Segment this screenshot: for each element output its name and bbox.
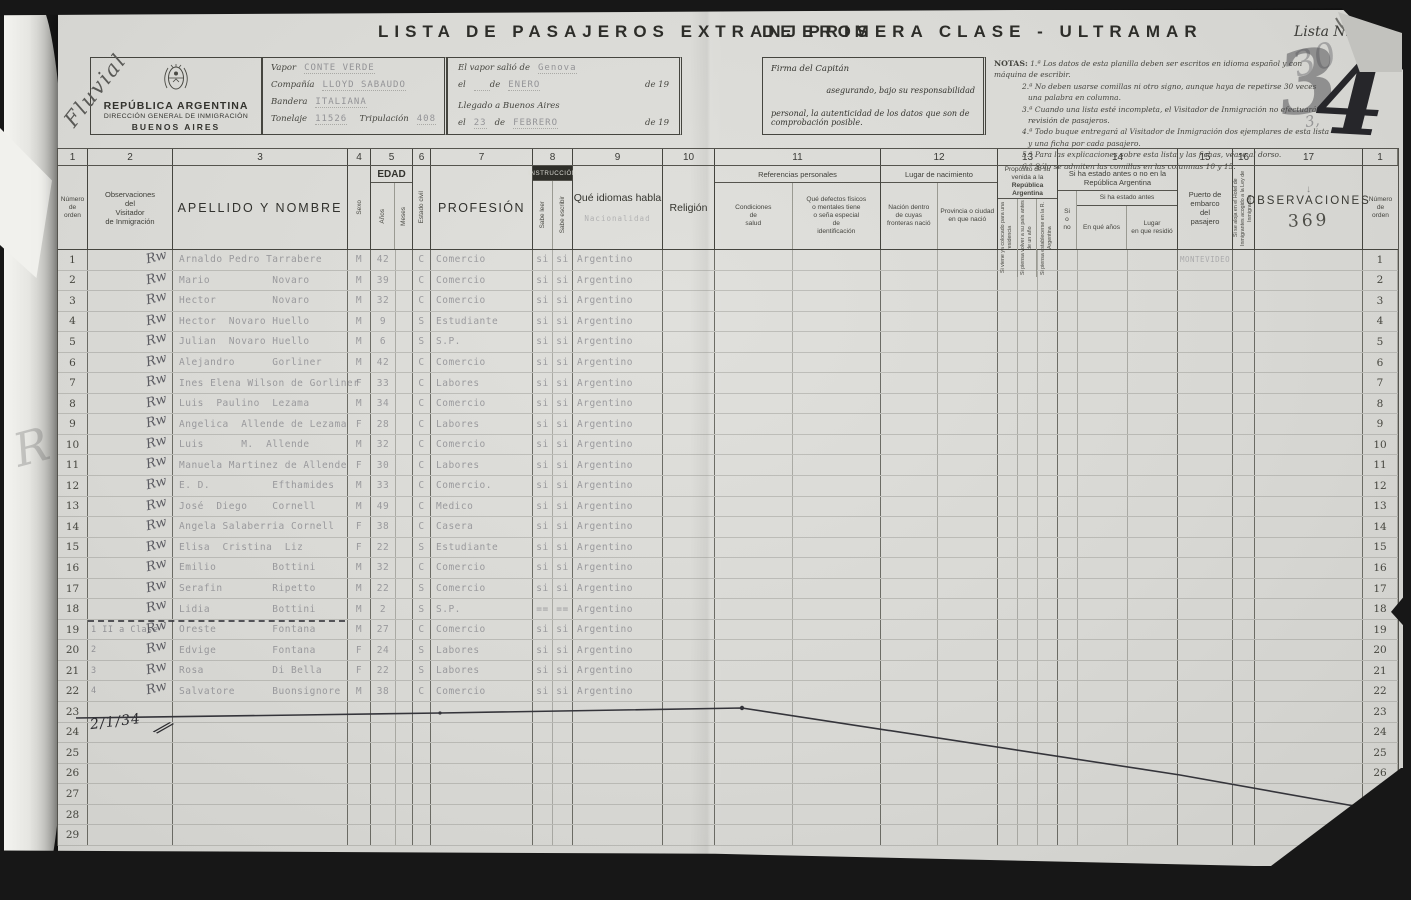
- colnum-6: 6: [413, 149, 431, 165]
- cell-ec: S: [418, 542, 424, 553]
- cell-a: 9: [380, 316, 386, 327]
- nota-3: 3.ª Cuando una lista esté incompleta, el…: [994, 104, 1330, 127]
- table-row: 5RwJulian Novaro HuelloM6SS.P.sisiArgent…: [58, 332, 1398, 353]
- colnum-4: 4: [348, 149, 371, 165]
- cell-rn: 20: [1373, 644, 1386, 656]
- cell-ec: S: [418, 336, 424, 347]
- header-numero: Número de orden: [58, 166, 87, 249]
- cell-a: 34: [377, 398, 389, 409]
- cell-rn: 3: [1377, 295, 1384, 307]
- cell-prof: Medico: [436, 501, 473, 512]
- cell-idi: Argentino: [577, 254, 633, 265]
- cell-prof: Comercio: [436, 686, 486, 697]
- table-row: 224RwSalvatore BuonsignoreM38CComerciosi…: [58, 681, 1398, 702]
- compania-label: Compañía: [271, 80, 314, 90]
- cell-n: 9: [69, 418, 76, 430]
- colnum-14: 14: [1058, 149, 1178, 165]
- captain-signature-box: Firma del Capitán asegurando, bajo su re…: [762, 57, 986, 135]
- visitador-mark: Rw: [145, 289, 169, 309]
- cell-rn: 18: [1373, 603, 1386, 615]
- table-row: 14RwAngela Salaberria CornellF38CCaseras…: [58, 517, 1398, 538]
- cell-prof: Labores: [436, 460, 480, 471]
- header-estado-antes: Si ha estado antes o no en la República …: [1058, 166, 1177, 191]
- colnum-11: 11: [715, 149, 881, 165]
- table-row: 17RwSerafin RipettoM22SComerciosisiArgen…: [58, 579, 1398, 600]
- cell-ec: S: [418, 665, 424, 676]
- cell-n: 23: [66, 706, 79, 718]
- cell-rn: 11: [1373, 459, 1386, 471]
- cell-idi: Argentino: [577, 336, 633, 347]
- scanned-passenger-list-photo: LISTA DE PASAJEROS EXTRANJEROS DE PRIMER…: [0, 0, 1411, 900]
- cell-n: 14: [66, 521, 79, 533]
- cell-idi: Argentino: [577, 295, 633, 306]
- cell-n: 20: [66, 644, 79, 656]
- cell-sx: M: [356, 624, 362, 635]
- header-anos: Años: [379, 209, 386, 224]
- colnum-2: 2: [88, 149, 173, 165]
- cell-n: 3: [69, 295, 76, 307]
- cell-prof: Comercio: [436, 275, 486, 286]
- de-label: de: [490, 80, 500, 90]
- anno-label-1: de 19: [645, 80, 669, 90]
- cell-name: Mario Novaro: [179, 275, 310, 286]
- nota-4: 4.ª Todo buque entregará al Visitador de…: [994, 126, 1330, 149]
- header-edad: EDAD: [371, 166, 412, 183]
- cell-idi: Argentino: [577, 419, 633, 430]
- cell-idi: Argentino: [577, 480, 633, 491]
- cell-sx: F: [356, 542, 362, 553]
- cell-n: 25: [66, 747, 79, 759]
- cell-sx: M: [356, 480, 362, 491]
- cell-a: 22: [377, 542, 389, 553]
- cell-rn: 2: [1377, 274, 1384, 286]
- cell-ec: C: [418, 295, 424, 306]
- cell-a: 28: [377, 419, 389, 430]
- cell-lee: si: [536, 624, 548, 635]
- cell-obs: 2: [91, 645, 97, 655]
- cell-esc: si: [556, 398, 568, 409]
- header-lugar-residio: Lugar en que residió: [1127, 206, 1177, 249]
- cell-idi: Argentino: [577, 521, 633, 532]
- header-apellido: APELLIDO Y NOMBRE: [173, 166, 347, 249]
- table-row: 191 II a ClaseRwOreste FontanaM27CComerc…: [58, 620, 1398, 641]
- cell-rn: 21: [1373, 665, 1386, 677]
- visitador-mark: Rw: [145, 515, 169, 535]
- header-observaciones-visitador: Observaciones del Visitador de Inmigraci…: [88, 166, 172, 249]
- colnum-10: 10: [663, 149, 715, 165]
- table-row: 202RwEdvige FontanaF24SLaboressisiArgent…: [58, 640, 1398, 661]
- cell-esc: si: [556, 645, 568, 656]
- colnum-12: 12: [881, 149, 998, 165]
- cell-a: 39: [377, 275, 389, 286]
- cell-ec: C: [418, 378, 424, 389]
- cell-pto: MONTEVIDEO: [1180, 255, 1230, 264]
- table-row: 29: [58, 825, 1398, 846]
- cell-ec: C: [418, 480, 424, 491]
- cell-n: 26: [66, 767, 79, 779]
- visitador-mark: Rw: [145, 412, 169, 432]
- cell-sx: M: [356, 439, 362, 450]
- salida-mes: ENERO: [508, 80, 540, 91]
- bandera-label: Bandera: [271, 97, 307, 107]
- cell-name: Hector Novaro: [179, 295, 310, 306]
- cell-prof: Comercio: [436, 439, 486, 450]
- cell-n: 13: [66, 500, 79, 512]
- firma-label: Firma del Capitán: [771, 64, 975, 74]
- visitador-mark: Rw: [145, 494, 169, 514]
- cell-sx: M: [356, 357, 362, 368]
- captain-line3: personal, la autenticidad de los datos q…: [771, 109, 975, 127]
- header-lugar-nacimiento: Lugar de nacimiento: [881, 166, 997, 183]
- cell-ec: C: [418, 439, 424, 450]
- cell-esc: si: [556, 624, 568, 635]
- cell-a: 27: [377, 624, 389, 635]
- cell-ec: S: [418, 645, 424, 656]
- cell-name: Salvatore Buonsignore: [179, 686, 341, 697]
- stamp-369: 369: [1287, 210, 1329, 231]
- cell-n: 5: [69, 336, 76, 348]
- tripulacion-label: Tripulación: [360, 114, 409, 124]
- cell-sx: F: [356, 460, 362, 471]
- cell-n: 7: [69, 377, 76, 389]
- cell-ec: C: [418, 254, 424, 265]
- cell-ec: S: [418, 583, 424, 594]
- cell-ec: C: [418, 275, 424, 286]
- visitador-mark: Rw: [145, 330, 169, 350]
- cell-lee: si: [536, 645, 548, 656]
- backdrop-right: [1403, 0, 1411, 900]
- cell-rn: 23: [1373, 706, 1386, 718]
- cell-rn: 19: [1373, 624, 1386, 636]
- cell-name: Arnaldo Pedro Tarrabere: [179, 254, 322, 265]
- llegada-label: Llegado a Buenos Aires: [458, 101, 560, 111]
- cell-ec: C: [418, 419, 424, 430]
- table-row: 6RwAlejandro GorlinerM42CComerciosisiArg…: [58, 353, 1398, 374]
- cell-rn: 17: [1373, 583, 1386, 595]
- cell-sx: M: [356, 254, 362, 265]
- cell-name: Ines Elena Wilson de Gorliner: [179, 378, 359, 389]
- visitador-mark: Rw: [145, 248, 169, 268]
- cell-name: Hector Novaro Huello: [179, 316, 310, 327]
- table-row: 9RwAngelica Allende de LezamaF28CLabores…: [58, 414, 1398, 435]
- cell-prof: Labores: [436, 665, 480, 676]
- visitador-mark: Rw: [145, 535, 169, 555]
- cell-esc: si: [556, 542, 568, 553]
- cell-esc: si: [556, 460, 568, 471]
- table-row: 18RwLidia BottiniM2SS.P.====Argentino18: [58, 599, 1398, 620]
- visitador-mark: Rw: [145, 576, 169, 596]
- cell-n: 4: [69, 315, 76, 327]
- cell-ec: C: [418, 624, 424, 635]
- header-col16: Si se aloja en el Hotel de Inmigrantes a…: [1233, 170, 1254, 246]
- cell-lee: si: [536, 501, 548, 512]
- cell-prof: Casera: [436, 521, 473, 532]
- cell-name: Angelica Allende de Lezama: [179, 419, 347, 430]
- table-row: 27: [58, 784, 1398, 805]
- cell-lee: si: [536, 480, 548, 491]
- cell-prof: Comercio: [436, 254, 486, 265]
- cell-lee: si: [536, 665, 548, 676]
- cell-lee: si: [536, 562, 548, 573]
- visitador-mark: Rw: [145, 659, 169, 679]
- cell-idi: Argentino: [577, 439, 633, 450]
- cell-esc: si: [556, 419, 568, 430]
- cell-idi: Argentino: [577, 357, 633, 368]
- captain-line2: asegurando, bajo su responsabilidad: [771, 86, 975, 95]
- cell-a: 32: [377, 295, 389, 306]
- visitador-mark: Rw: [145, 433, 169, 453]
- header-sabe-escribir: Sabe escribir: [559, 196, 566, 233]
- cell-sx: F: [356, 521, 362, 532]
- cell-lee: si: [536, 254, 548, 265]
- el-label: el: [458, 80, 466, 90]
- cell-name: José Diego Cornell: [179, 501, 316, 512]
- table-row: 213RwRosa Di BellaF22SLaboressisiArgenti…: [58, 661, 1398, 682]
- cell-n: 17: [66, 583, 79, 595]
- cell-a: 30: [377, 460, 389, 471]
- table-row: 7RwInes Elena Wilson de GorlinerF33CLabo…: [58, 373, 1398, 394]
- header-proposito-3: República Argentina: [998, 182, 1057, 198]
- cell-lee: si: [536, 686, 548, 697]
- cell-obs: 3: [91, 666, 97, 676]
- cell-ec: S: [418, 604, 424, 615]
- cell-idi: Argentino: [577, 460, 633, 471]
- header-meses: Meses: [400, 207, 407, 226]
- cell-lee: si: [536, 378, 548, 389]
- header-en-que-anos: En qué años: [1077, 206, 1127, 249]
- cell-lee: si: [536, 583, 548, 594]
- cell-n: 27: [66, 788, 79, 800]
- cell-prof: Labores: [436, 645, 480, 656]
- cell-esc: si: [556, 316, 568, 327]
- cell-rn: 12: [1373, 480, 1386, 492]
- cell-lee: ==: [536, 604, 548, 615]
- cell-sx: F: [356, 419, 362, 430]
- cell-a: 2: [380, 604, 386, 615]
- cell-prof: S.P.: [436, 604, 461, 615]
- tripulacion-value: 408: [417, 114, 436, 125]
- cell-idi: Argentino: [577, 398, 633, 409]
- cell-prof: Comercio: [436, 562, 486, 573]
- dashed-separator-line: [88, 620, 345, 622]
- header-provincia: Provincia o ciudad en que nació: [938, 183, 997, 249]
- table-body: 1RwArnaldo Pedro TarrabereM42CComerciosi…: [58, 250, 1398, 846]
- cell-sx: M: [356, 604, 362, 615]
- cell-sx: M: [356, 583, 362, 594]
- header-profesion: PROFESIÓN: [431, 166, 532, 249]
- cell-sx: M: [356, 562, 362, 573]
- cell-a: 22: [377, 583, 389, 594]
- table-row: 10RwLuis M. AllendeM32CComerciosisiArgen…: [58, 435, 1398, 456]
- salida-puerto: Genova: [538, 63, 577, 74]
- header-proposito-1: Propósito de su: [1005, 166, 1051, 174]
- cell-n: 1: [69, 254, 76, 266]
- cell-rn: 14: [1373, 521, 1386, 533]
- table-row: 13RwJosé Diego CornellM49CMedicosisiArge…: [58, 497, 1398, 518]
- llegada-mes: FEBRERO: [513, 118, 558, 129]
- cell-esc: si: [556, 378, 568, 389]
- cell-name: Luis M. Allende: [179, 439, 310, 450]
- cell-prof: Labores: [436, 378, 480, 389]
- colnum-3: 3: [173, 149, 348, 165]
- cell-n: 15: [66, 541, 79, 553]
- cell-ec: C: [418, 460, 424, 471]
- cell-sx: F: [356, 665, 362, 676]
- cell-a: 33: [377, 480, 389, 491]
- cell-a: 32: [377, 562, 389, 573]
- llegada-dia: 23: [474, 118, 487, 129]
- el-label-2: el: [458, 118, 466, 128]
- cell-idi: Argentino: [577, 378, 633, 389]
- cell-rn: 15: [1373, 541, 1386, 553]
- cell-name: Emilio Bottini: [179, 562, 316, 573]
- header-religion: Religión: [663, 166, 714, 249]
- cell-prof: Comercio: [436, 398, 486, 409]
- visitador-mark: Rw: [145, 371, 169, 391]
- table-row: 11RwManuela Martinez de AllendeF30CLabor…: [58, 455, 1398, 476]
- cell-sx: M: [356, 275, 362, 286]
- cell-prof: S.P.: [436, 336, 461, 347]
- cell-ec: C: [418, 398, 424, 409]
- table-row: 2424: [58, 723, 1398, 744]
- cell-esc: si: [556, 665, 568, 676]
- cell-name: Oreste Fontana: [179, 624, 316, 635]
- cell-esc: ==: [556, 604, 568, 615]
- header-nacion: Nación dentro de cuyas fronteras nació: [881, 183, 938, 249]
- header-si-o-no: Si o no: [1058, 191, 1077, 249]
- cell-a: 38: [377, 686, 389, 697]
- visitador-mark: Rw: [145, 474, 169, 494]
- header-referencias: Referencias personales: [715, 166, 880, 183]
- nota-1: 1.ª Los datos de esta planilla deben ser…: [994, 59, 1302, 79]
- visitador-mark: Rw: [145, 350, 169, 370]
- cell-esc: si: [556, 562, 568, 573]
- document-title-right: DE PRIMERA CLASE - ULTRAMAR: [762, 22, 1203, 42]
- cell-ec: C: [418, 501, 424, 512]
- small-pencil-3: 3,: [1304, 111, 1321, 131]
- header-estado-civil: Estado civil: [418, 191, 425, 223]
- cell-n: 10: [66, 439, 79, 451]
- cell-n: 21: [66, 665, 79, 677]
- agency-city: BUENOS AIRES: [91, 122, 261, 132]
- visitador-mark: Rw: [145, 679, 169, 699]
- header-puerto: Puerto de embarco del pasajero: [1178, 166, 1232, 249]
- cell-esc: si: [556, 439, 568, 450]
- vapor-value: CONTE VERDE: [304, 63, 375, 74]
- cell-sx: F: [356, 378, 362, 389]
- cell-rn: 13: [1373, 500, 1386, 512]
- visitador-mark: Rw: [145, 392, 169, 412]
- cell-prof: Comercio.: [436, 480, 492, 491]
- ship-info-box: Vapor CONTE VERDE Compañía LLOYD SABAUDO…: [262, 57, 447, 135]
- cell-ec: C: [418, 686, 424, 697]
- cell-lee: si: [536, 275, 548, 286]
- cell-ec: C: [418, 357, 424, 368]
- cell-idi: Argentino: [577, 316, 633, 327]
- colnum-13: 13: [998, 149, 1058, 165]
- colnum-15: 15: [1178, 149, 1233, 165]
- cell-rn: 26: [1373, 767, 1386, 779]
- cell-n: 24: [66, 726, 79, 738]
- cell-name: Angela Salaberria Cornell: [179, 521, 335, 532]
- cell-prof: Comercio: [436, 624, 486, 635]
- cell-n: 29: [66, 829, 79, 841]
- anno-label-2: de 19: [645, 118, 669, 128]
- cell-prof: Labores: [436, 419, 480, 430]
- table-row: 12RwE. D. EfthamidesM33CComercio.sisiArg…: [58, 476, 1398, 497]
- header-idiomas: Qué idiomas habla: [574, 192, 662, 204]
- cell-sx: M: [356, 336, 362, 347]
- cell-a: 38: [377, 521, 389, 532]
- cell-idi: Argentino: [577, 665, 633, 676]
- cell-sx: M: [356, 295, 362, 306]
- table-row: 4RwHector Novaro HuelloM9SEstudiantesisi…: [58, 312, 1398, 333]
- colnum-7: 7: [431, 149, 533, 165]
- cell-a: 22: [377, 665, 389, 676]
- cell-rn: 4: [1377, 315, 1384, 327]
- cell-ec: S: [418, 316, 424, 327]
- notas-label: NOTAS:: [994, 59, 1028, 68]
- cell-name: Serafin Ripetto: [179, 583, 316, 594]
- cell-sx: M: [356, 316, 362, 327]
- header-sabe-leer: Sabe leer: [539, 201, 546, 228]
- cell-n: 12: [66, 480, 79, 492]
- table-row: 16RwEmilio BottiniM32CComerciosisiArgent…: [58, 558, 1398, 579]
- table-row: 28: [58, 805, 1398, 826]
- cell-sx: M: [356, 686, 362, 697]
- visitador-mark: Rw: [145, 638, 169, 658]
- cell-a: 24: [377, 645, 389, 656]
- cell-a: 49: [377, 501, 389, 512]
- cell-esc: si: [556, 521, 568, 532]
- header-instruccion: INSTRUCCIÓN: [533, 166, 572, 181]
- table-row: 3RwHector NovaroM32CComerciosisiArgentin…: [58, 291, 1398, 312]
- cell-name: Elisa Cristina Liz: [179, 542, 303, 553]
- cell-rn: 16: [1373, 562, 1386, 574]
- tonelaje-value: 11526: [315, 114, 347, 125]
- cell-name: Rosa Di Bella: [179, 665, 322, 676]
- de-label-2: de: [495, 118, 505, 128]
- cell-n: 6: [69, 357, 76, 369]
- voyage-info-box: El vapor salió de Genova el de ENERO de …: [447, 57, 682, 135]
- cell-n: 11: [66, 459, 79, 471]
- cell-rn: 25: [1373, 747, 1386, 759]
- header-observaciones: OBSERVACIONES: [1246, 195, 1371, 207]
- cell-lee: si: [536, 521, 548, 532]
- cell-lee: si: [536, 419, 548, 430]
- visitador-mark: Rw: [145, 453, 169, 473]
- cell-rn: 24: [1373, 726, 1386, 738]
- table-row: 2323: [58, 702, 1398, 723]
- header-si-ha-estado: Si ha estado antes: [1077, 191, 1177, 206]
- cell-n: 22: [66, 685, 79, 697]
- column-number-row: 1 2 3 4 5 6 7 8 9 10 11 12 13 14 15 16 1…: [58, 148, 1398, 166]
- table-row: 2626: [58, 764, 1398, 785]
- header-sexo: Sexo: [356, 200, 363, 215]
- cell-a: 33: [377, 378, 389, 389]
- cell-prof: Estudiante: [436, 316, 498, 327]
- cell-sx: M: [356, 398, 362, 409]
- cell-esc: si: [556, 254, 568, 265]
- cell-idi: Argentino: [577, 562, 633, 573]
- cell-name: Luis Paulino Lezama: [179, 398, 310, 409]
- cell-lee: si: [536, 295, 548, 306]
- cell-idi: Argentino: [577, 604, 633, 615]
- cell-esc: si: [556, 295, 568, 306]
- agency-country: REPÚBLICA ARGENTINA: [91, 100, 261, 112]
- visitador-mark: Rw: [145, 309, 169, 329]
- cell-ec: C: [418, 562, 424, 573]
